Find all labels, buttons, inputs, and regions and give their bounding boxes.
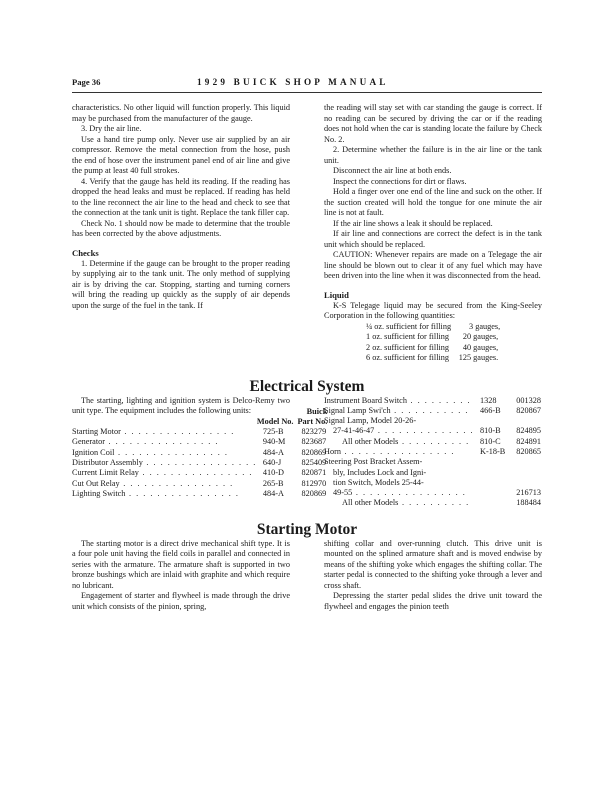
model-number <box>472 457 506 467</box>
part-name: 27-41-46-47 <box>333 426 374 435</box>
model-number <box>472 416 506 426</box>
starting-motor-heading: Starting Motor <box>72 521 542 539</box>
part-name: Ignition Coil <box>72 448 114 457</box>
table-row: Steering Post Bracket Assem- <box>324 457 542 467</box>
paragraph: Hold a finger over one end of the line a… <box>324 187 542 219</box>
quantity-amount: 1 oz. <box>366 332 382 341</box>
quantity-amount: ¼ oz. <box>366 322 384 331</box>
model-number <box>472 478 506 488</box>
model-number <box>472 498 506 508</box>
quantity-text: sufficient for filling <box>384 353 449 362</box>
page-number: Page 36 <box>72 77 197 87</box>
table-row: Current Limit Relay . . . . . . . . . . … <box>72 468 327 478</box>
model-number: K-18-B <box>472 447 506 457</box>
paragraph: characteristics. No other liquid will fu… <box>72 103 290 124</box>
electrical-right-column: Instrument Board Switch . . . . . . . . … <box>324 396 542 509</box>
paragraph: 2. Determine whether the failure is in t… <box>324 145 542 166</box>
model-number: 810-B <box>472 426 506 436</box>
part-number: 820869 <box>298 489 328 499</box>
table-row: Starting Motor . . . . . . . . . . . . .… <box>72 427 327 437</box>
table-row: Lighting Switch . . . . . . . . . . . . … <box>72 489 327 499</box>
paragraph: 3. Dry the air line. <box>72 124 290 135</box>
part-number: 820869 <box>298 448 328 458</box>
table-row: All other Models . . . . . . . . . . . .… <box>324 498 542 508</box>
quantity-text: sufficient for filling <box>386 322 451 331</box>
model-number: 725-B <box>257 427 298 437</box>
table-row: 49-55 . . . . . . . . . . . . . . . .216… <box>324 488 542 498</box>
part-number: 824895 <box>506 426 542 436</box>
table-row: tion Switch, Models 25-44- <box>324 478 542 488</box>
electrical-system-heading: Electrical System <box>72 378 542 396</box>
starting-motor-section: The starting motor is a direct drive mec… <box>72 539 542 613</box>
equipment-table-left: Buick Model No.Part No. Starting Motor .… <box>72 407 327 500</box>
part-number <box>506 416 542 426</box>
electrical-left-column: The starting, lighting and ignition syst… <box>72 396 290 509</box>
paragraph: Check No. 1 should now be made to determ… <box>72 219 290 240</box>
paragraph: 4. Verify that the gauge has held its re… <box>72 177 290 219</box>
paragraph: Inspect the connections for dirt or flaw… <box>324 177 542 188</box>
part-name: Instrument Board Switch <box>324 396 407 405</box>
model-number: 640-J <box>257 458 298 468</box>
paragraph: The starting motor is a direct drive mec… <box>72 539 290 592</box>
paragraph: the reading will stay set with car stand… <box>324 103 542 145</box>
table-row: Signal Lamp, Model 20-26- <box>324 416 542 426</box>
quantity-count: 125 <box>451 353 471 364</box>
quantity-amount: 6 oz. <box>366 353 382 362</box>
part-number <box>506 457 542 467</box>
part-number: 825409 <box>298 458 328 468</box>
paragraph: shifting collar and over-running clutch.… <box>324 539 542 592</box>
table-row: Generator . . . . . . . . . . . . . . . … <box>72 437 327 447</box>
liquid-heading: Liquid <box>324 290 542 301</box>
part-number: 812970 <box>298 479 328 489</box>
part-number: 820871 <box>298 468 328 478</box>
top-section: characteristics. No other liquid will fu… <box>72 103 542 364</box>
quantity-unit: gauges, <box>473 332 498 341</box>
table-row: Distributor Assembly . . . . . . . . . .… <box>72 458 327 468</box>
col-header-model: Model No. <box>257 417 298 427</box>
part-number: 823687 <box>298 437 328 447</box>
paragraph: If air line and connections are correct … <box>324 229 542 250</box>
part-number: 824891 <box>506 437 542 447</box>
model-number: 466-B <box>472 406 506 416</box>
quantity-row: 6 oz. sufficient for filling 125 gauges. <box>324 353 542 364</box>
paragraph: Engagement of starter and flywheel is ma… <box>72 591 290 612</box>
quantity-unit: gauges, <box>473 343 498 352</box>
table-row: All other Models . . . . . . . . . . . .… <box>324 437 542 447</box>
part-number <box>506 478 542 488</box>
quantity-amount: 2 oz. <box>366 343 382 352</box>
part-name: Steering Post Bracket Assem- <box>324 457 422 466</box>
part-number: 001328 <box>506 396 542 406</box>
quantity-count: 20 <box>451 332 471 343</box>
part-name: Lighting Switch <box>72 489 125 498</box>
quantity-count: 3 <box>453 322 473 333</box>
quantity-text: sufficient for filling <box>384 343 449 352</box>
paragraph: Depressing the starter pedal slides the … <box>324 591 542 612</box>
quantity-row: 2 oz. sufficient for filling 40 gauges, <box>324 343 542 354</box>
part-name: All other Models <box>342 437 398 446</box>
manual-title: 1929 BUICK SHOP MANUAL <box>197 77 389 87</box>
part-name: Horn <box>324 447 341 456</box>
part-number <box>506 468 542 478</box>
quantity-row: 1 oz. sufficient for filling 20 gauges, <box>324 332 542 343</box>
part-name: Starting Motor <box>72 427 121 436</box>
part-number: 820865 <box>506 447 542 457</box>
model-number: 265-B <box>257 479 298 489</box>
col-header-part: Part No. <box>298 417 328 427</box>
model-number: 940-M <box>257 437 298 447</box>
table-row: Instrument Board Switch . . . . . . . . … <box>324 396 542 406</box>
part-number: 823279 <box>298 427 328 437</box>
model-number <box>472 488 506 498</box>
table-row: 27-41-46-47 . . . . . . . . . . . . . . … <box>324 426 542 436</box>
part-name: Signal Lamp Swi'ch <box>324 406 391 415</box>
part-name: Signal Lamp, Model 20-26- <box>324 416 416 425</box>
starting-motor-left-column: The starting motor is a direct drive mec… <box>72 539 290 613</box>
table-row: Horn . . . . . . . . . . . . . . . .K-18… <box>324 447 542 457</box>
quantity-text: sufficient for filling <box>384 332 449 341</box>
paragraph: Disconnect the air line at both ends. <box>324 166 542 177</box>
table-row: Signal Lamp Swi'ch . . . . . . . . . . .… <box>324 406 542 416</box>
col-header-buick: Buick <box>298 407 328 417</box>
table-row: bly, Includes Lock and Igni- <box>324 468 542 478</box>
model-number <box>472 468 506 478</box>
model-number: 484-A <box>257 489 298 499</box>
part-name: Cut Out Relay <box>72 479 120 488</box>
paragraph: 1. Determine if the gauge can be brought… <box>72 259 290 312</box>
quantity-count: 40 <box>451 343 471 354</box>
top-right-column: the reading will stay set with car stand… <box>324 103 542 364</box>
model-number: 484-A <box>257 448 298 458</box>
paragraph: CAUTION: Whenever repairs are made on a … <box>324 250 542 282</box>
table-row: Cut Out Relay . . . . . . . . . . . . . … <box>72 479 327 489</box>
model-number: 810-C <box>472 437 506 447</box>
part-number: 216713 <box>506 488 542 498</box>
part-name: tion Switch, Models 25-44- <box>333 478 424 487</box>
quantity-unit: gauges. <box>473 353 498 362</box>
table-row: Ignition Coil . . . . . . . . . . . . . … <box>72 448 327 458</box>
part-name: Current Limit Relay <box>72 468 139 477</box>
quantity-unit: gauges, <box>475 322 500 331</box>
model-number: 1328 <box>472 396 506 406</box>
paragraph: If the air line shows a leak it should b… <box>324 219 542 230</box>
part-number: 820867 <box>506 406 542 416</box>
header-rule <box>72 92 542 93</box>
part-name: Distributor Assembly <box>72 458 143 467</box>
part-name: Generator <box>72 437 105 446</box>
starting-motor-right-column: shifting collar and over-running clutch.… <box>324 539 542 613</box>
page-header: Page 36 1929 BUICK SHOP MANUAL <box>72 77 542 89</box>
part-number: 188484 <box>506 498 542 508</box>
quantity-row: ¼ oz. sufficient for filling 3 gauges, <box>324 322 542 333</box>
part-name: All other Models <box>342 498 398 507</box>
electrical-section: The starting, lighting and ignition syst… <box>72 396 542 509</box>
part-name: 49-55 <box>333 488 352 497</box>
part-name: bly, Includes Lock and Igni- <box>333 468 426 477</box>
top-left-column: characteristics. No other liquid will fu… <box>72 103 290 364</box>
liquid-quantities: ¼ oz. sufficient for filling 3 gauges,1 … <box>324 322 542 364</box>
liquid-intro: K-S Telegage liquid may be secured from … <box>324 301 542 322</box>
model-number: 410-D <box>257 468 298 478</box>
equipment-table-right: Instrument Board Switch . . . . . . . . … <box>324 396 542 509</box>
section-heading: Checks <box>72 248 290 259</box>
manual-page: Page 36 1929 BUICK SHOP MANUAL character… <box>72 77 542 612</box>
paragraph: Use a hand tire pump only. Never use air… <box>72 135 290 177</box>
